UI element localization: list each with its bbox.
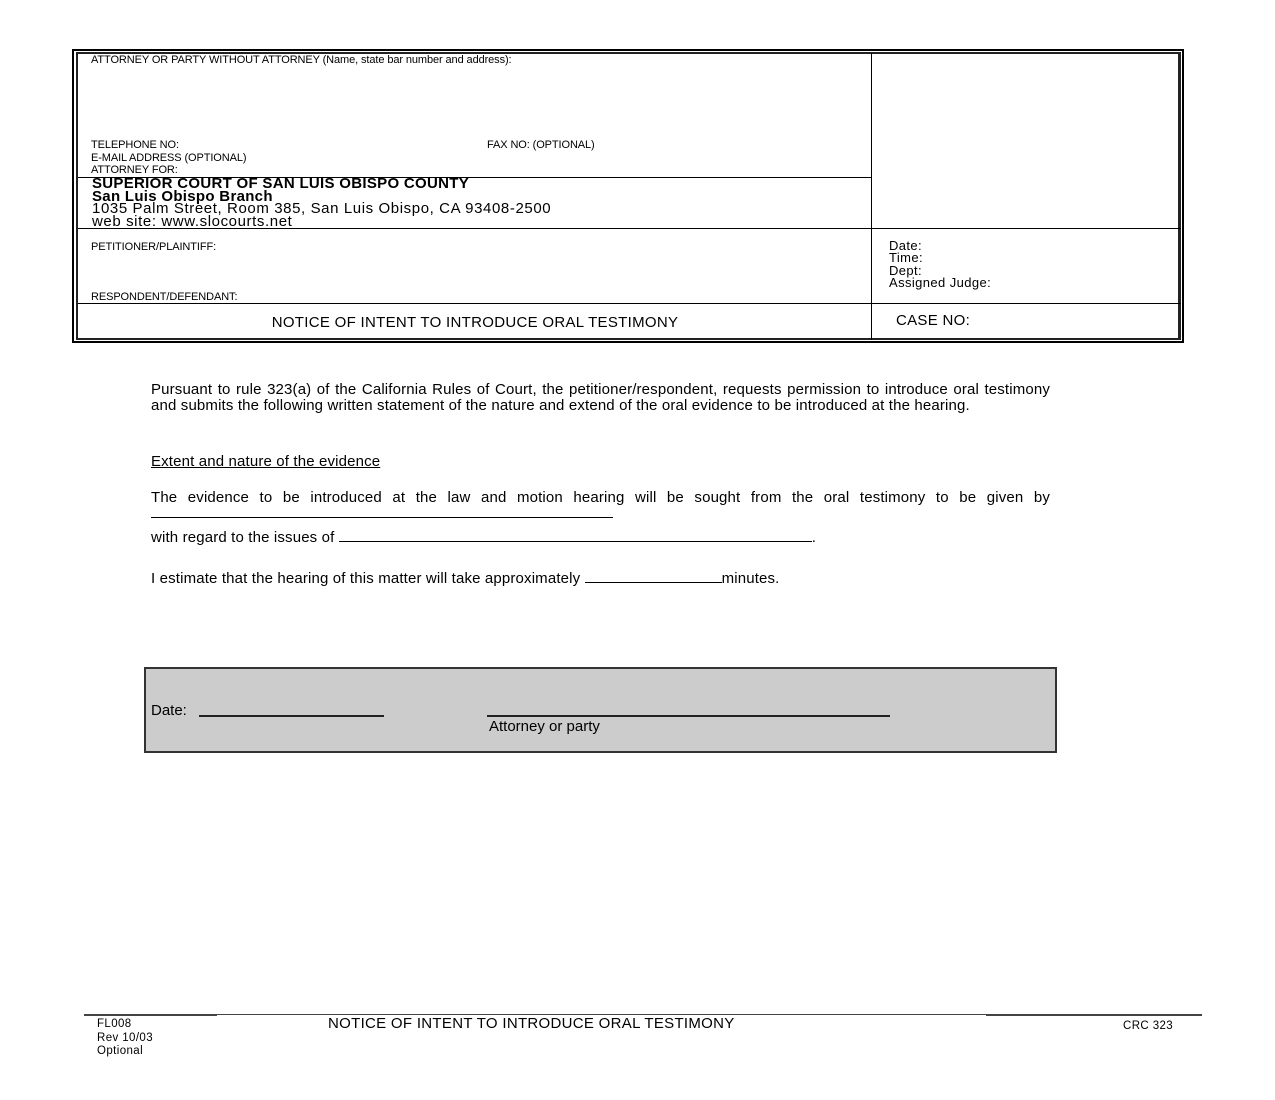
estimate-suffix: minutes. <box>722 570 780 587</box>
signer-caption: Attorney or party <box>489 718 600 735</box>
signature-field[interactable] <box>487 715 890 717</box>
issues-line: with regard to the issues of . <box>151 530 816 546</box>
issues-field[interactable] <box>339 530 812 542</box>
footer-form-info: FL008 Rev 10/03 Optional <box>97 1018 153 1059</box>
rule-reference: CRC 323 <box>1123 1020 1173 1032</box>
form-revision: Rev 10/03 <box>97 1032 153 1046</box>
attorney-label: ATTORNEY OR PARTY WITHOUT ATTORNEY (Name… <box>91 54 512 66</box>
footer-right-rule <box>986 1014 1202 1016</box>
section-heading: Extent and nature of the evidence <box>151 454 380 470</box>
caption-column-divider <box>871 53 872 340</box>
signature-date-label: Date: <box>151 702 187 719</box>
form-number: FL008 <box>97 1018 153 1032</box>
issues-prefix: with regard to the issues of <box>151 529 334 546</box>
respondent-label: RESPONDENT/DEFENDANT: <box>91 291 237 303</box>
footer-left-rule <box>84 1014 217 1016</box>
signature-box <box>144 667 1057 753</box>
intro-paragraph: Pursuant to rule 323(a) of the Californi… <box>151 382 1050 413</box>
signature-date-field[interactable] <box>199 715 384 717</box>
evidence-paragraph: The evidence to be introduced at the law… <box>151 490 1050 521</box>
minutes-field[interactable] <box>585 571 722 583</box>
estimate-line: I estimate that the hearing of this matt… <box>151 571 779 587</box>
title-section-divider <box>78 303 1181 304</box>
evidence-text: The evidence to be introduced at the law… <box>151 489 1050 506</box>
form-status: Optional <box>97 1045 153 1059</box>
telephone-label: TELEPHONE NO: <box>91 139 179 151</box>
case-number-label: CASE NO: <box>896 312 970 329</box>
email-label: E-MAIL ADDRESS (OPTIONAL) <box>91 152 246 164</box>
estimate-prefix: I estimate that the hearing of this matt… <box>151 570 580 587</box>
form-title: NOTICE OF INTENT TO INTRODUCE ORAL TESTI… <box>78 314 872 331</box>
issues-suffix: . <box>812 529 816 546</box>
petitioner-label: PETITIONER/PLAINTIFF: <box>91 241 216 253</box>
court-website: web site: www.slocourts.net <box>92 215 292 228</box>
witness-name-field[interactable] <box>151 506 613 518</box>
footer-title: NOTICE OF INTENT TO INTRODUCE ORAL TESTI… <box>328 1015 735 1032</box>
assigned-judge-label: Assigned Judge: <box>889 277 991 290</box>
fax-label: FAX NO: (OPTIONAL) <box>487 139 595 151</box>
